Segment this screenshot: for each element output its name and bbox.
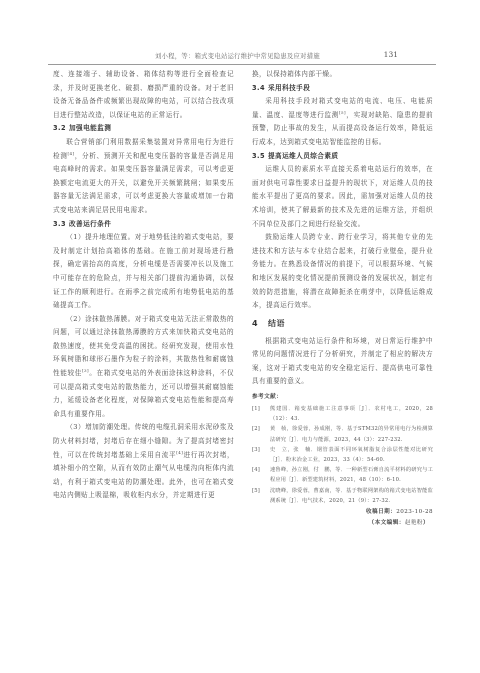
- paragraph-item-2: （2）涂抹散热薄膜。对于箱式变电站无法正常散热的问题，可以通过涂抹散热薄膜的方式…: [53, 313, 234, 422]
- section-title: 采用科技手段: [268, 84, 310, 92]
- section-title: 改善运行条件: [69, 220, 111, 228]
- section-heading-3-3: 3.3改善运行条件: [53, 218, 234, 232]
- reference-item: [3] 史 立，张 楠．钢管表面不同环氧树脂复合涂层性能对比研究［J］．粉末冶金…: [252, 445, 433, 465]
- references-list: [1] 熊建国．箱变基础施工注意事项［J］．农村电工，2020，28（12）：4…: [252, 404, 433, 506]
- reference-text: 黄 桢，徐爱蓉，孙成刚，等．基于STM32的异常用电行为检测算法研究［J］．电力…: [270, 424, 433, 444]
- section-number: 3.4: [252, 82, 268, 96]
- text: ，分析、预测开关和配电变压器的容量是否满足用电高峰时的需求。如果变压器容量满足需…: [53, 152, 234, 214]
- right-column: 换，以保持箱体内部干燥。 3.4采用科技手段 采用科技手段对箱式变电站的电流、电…: [252, 68, 433, 529]
- reference-item: [2] 黄 桢，徐爱蓉，孙成刚，等．基于STM32的异常用电行为检测算法研究［J…: [252, 424, 433, 444]
- section-number: 3.5: [252, 150, 268, 164]
- editor-line: （本文编辑：赵艳粉）: [252, 518, 433, 529]
- reference-text: 沈晓峰，徐爱蓉，曹嘉南，等．基于物联网架构的箱式变电站智能监测系统［J］．电气技…: [270, 486, 433, 506]
- reference-number: [2]: [252, 424, 270, 444]
- section-number: 3.3: [53, 218, 69, 232]
- reference-number: [3]: [252, 445, 270, 465]
- section-number: 4: [252, 317, 268, 331]
- paragraph: 运维人员的素质水平直接关系着电站运行的效率，在面对供电可靠性要求日益提升的现状下…: [252, 163, 433, 231]
- paragraph: 联合营销部门利用数据采集装置对异常用电行为进行检测[4]，分析、预测开关和配电变…: [53, 136, 234, 218]
- received-date: 2023-10-28: [396, 509, 433, 515]
- section-heading-3-2: 3.2加强电能监测: [53, 122, 234, 136]
- reference-number: [5]: [252, 486, 270, 506]
- running-title: 刘小程，等：箱式变电站运行维护中常见隐患及应对措施: [155, 51, 320, 60]
- paragraph-item-1: （1）提升地理位置。对于地势低洼的箱式变电站，要及时制定计划抬高箱体的基础。在施…: [53, 231, 234, 313]
- references-heading: 参考文献：: [252, 392, 433, 403]
- left-column: 度、连接端子、辅助设备、箱体结构等进行全面检查记录，并及时更换老化、破损、磨损严…: [53, 68, 234, 503]
- paragraph-item-3: （3）增加防潮处理。传统的电缆孔洞采用水泥砂浆及防火材料封堵，封堵后存在细小缝隙…: [53, 421, 234, 503]
- reference-item: [5] 沈晓峰，徐爱蓉，曹嘉南，等．基于物联网架构的箱式变电站智能监测系统［J］…: [252, 486, 433, 506]
- reference-text: 速鲁峰，孙立刚，付 鹏，等．一种新型石膏自流平材料的研究与工程应用［J］．新型建…: [270, 465, 433, 485]
- received-label: 收稿日期：: [366, 509, 396, 515]
- section-heading-3-4: 3.4采用科技手段: [252, 82, 433, 96]
- paragraph-continued: 度、连接端子、辅助设备、箱体结构等进行全面检查记录，并及时更换老化、破损、磨损严…: [53, 68, 234, 122]
- running-header: 刘小程，等：箱式变电站运行维护中常见隐患及应对措施 131: [48, 51, 436, 65]
- conclusion-paragraph: 根据箱式变电站运行条件和环境，对日常运行维护中常见的问题情况进行了分析研究，并制…: [252, 335, 433, 389]
- page-number: 131: [384, 50, 398, 59]
- reference-item: [1] 熊建国．箱变基础施工注意事项［J］．农村电工，2020，28（12）：4…: [252, 404, 433, 424]
- paragraph: 鼓励运维人员跨专业、跨行业学习，将其他专业的先进技术和方法与本专业结合起来，打破…: [252, 231, 433, 313]
- reference-number: [4]: [252, 465, 270, 485]
- editor-label: （本文编辑：: [369, 520, 405, 526]
- editor-close: ）: [423, 520, 429, 526]
- citation: [3]: [82, 368, 89, 373]
- section-title: 提高运维人员综合素质: [268, 152, 338, 160]
- section-number: 3.2: [53, 122, 69, 136]
- section-heading-3-5: 3.5提高运维人员综合素质: [252, 150, 433, 164]
- section-title: 结语: [268, 319, 285, 328]
- received-date-line: 收稿日期：2023-10-28: [252, 507, 433, 518]
- editor-name: 赵艳粉: [405, 520, 423, 526]
- paragraph-continued: 换，以保持箱体内部干燥。: [252, 68, 433, 82]
- text: （2）涂抹散热薄膜。对于箱式变电站无法正常散热的问题，可以通过涂抹散热薄膜的方式…: [53, 315, 234, 377]
- section-title: 加强电能监测: [69, 124, 111, 132]
- reference-number: [1]: [252, 404, 270, 424]
- reference-text: 熊建国．箱变基础施工注意事项［J］．农村电工，2020，28（12）：43.: [270, 404, 433, 424]
- paragraph: 采用科技手段对箱式变电站的电流、电压、电能质量、温度、湿度等进行监测[5]，实现…: [252, 95, 433, 149]
- section-heading-4: 4结语: [252, 317, 433, 331]
- reference-text: 史 立，张 楠．钢管表面不同环氧树脂复合涂层性能对比研究［J］．粉末冶金工业，2…: [270, 445, 433, 465]
- citation: [5]: [339, 110, 346, 115]
- citation: [4]: [68, 151, 75, 156]
- reference-item: [4] 速鲁峰，孙立刚，付 鹏，等．一种新型石膏自流平材料的研究与工程应用［J］…: [252, 465, 433, 485]
